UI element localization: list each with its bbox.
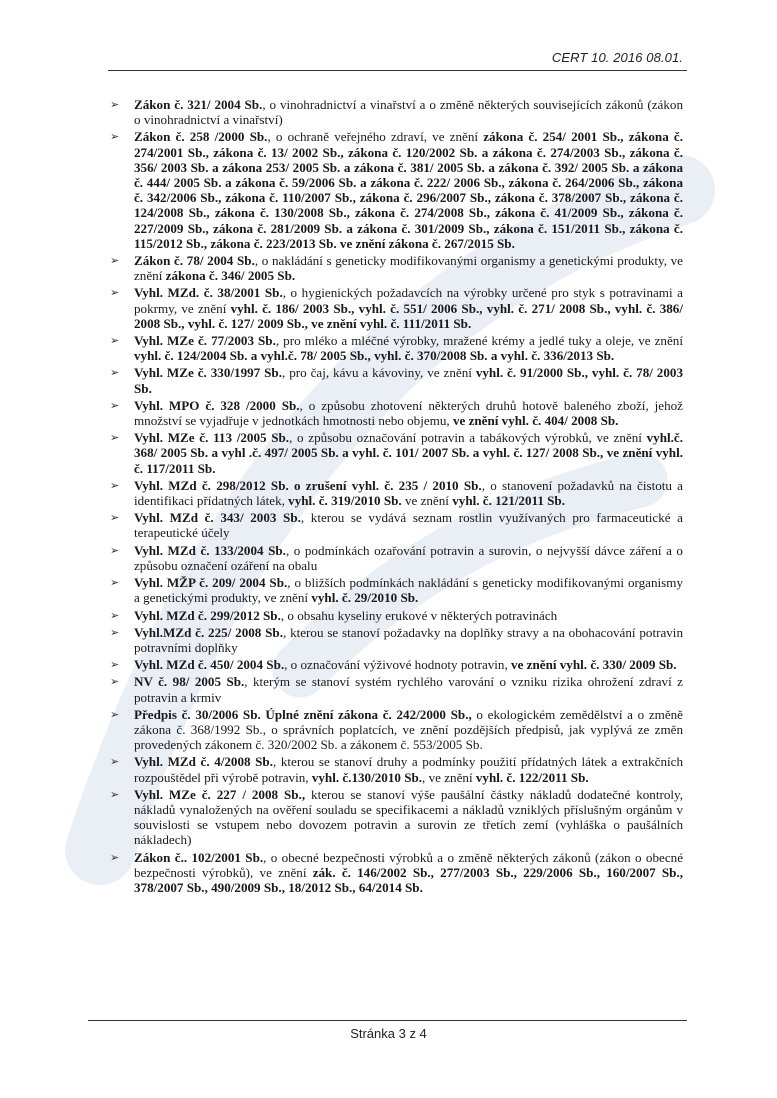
- description-text: , ve znění: [422, 770, 476, 785]
- footer-divider: [88, 1020, 687, 1021]
- list-item: ➢Vyhl. MZe č. 77/2003 Sb., pro mléko a m…: [110, 333, 683, 363]
- arrow-bullet-icon: ➢: [110, 787, 119, 802]
- arrow-bullet-icon: ➢: [110, 707, 119, 722]
- bold-reference-text: zákona č. 254/ 2001 Sb., zákona č. 274/2…: [134, 129, 683, 250]
- arrow-bullet-icon: ➢: [110, 674, 119, 689]
- bold-reference-text: Vyhl. MZe č. 227 / 2008 Sb.,: [134, 787, 305, 802]
- description-text: ve znění: [402, 493, 453, 508]
- bold-reference-text: vyhl. č. 122/2011 Sb.: [476, 770, 589, 785]
- bold-reference-text: Vyhl. MZd č. 343/ 2003 Sb.: [134, 510, 301, 525]
- list-item: ➢Vyhl. MZd. č. 38/2001 Sb., o hygienický…: [110, 285, 683, 331]
- list-item: ➢Vyhl. MZe č. 113 /2005 Sb., o způsobu o…: [110, 430, 683, 476]
- list-item: ➢Vyhl.MZd č. 225/ 2008 Sb., kterou se st…: [110, 625, 683, 655]
- arrow-bullet-icon: ➢: [110, 285, 119, 300]
- list-item: ➢Vyhl. MŽP č. 209/ 2004 Sb., o bližších …: [110, 575, 683, 605]
- bold-reference-text: Vyhl. MZd č. 450/ 2004 Sb.: [134, 657, 284, 672]
- list-item: ➢Zákon č. 321/ 2004 Sb., o vinohradnictv…: [110, 97, 683, 127]
- list-item: ➢Zákon č. 258 /2000 Sb., o ochraně veřej…: [110, 129, 683, 251]
- list-item: ➢Vyhl. MZd č. 298/2012 Sb. o zrušení vyh…: [110, 478, 683, 508]
- bold-reference-text: Vyhl. MZe č. 77/2003 Sb.: [134, 333, 276, 348]
- arrow-bullet-icon: ➢: [110, 430, 119, 445]
- bold-reference-text: ve znění vyhl. č. 330/ 2009 Sb.: [511, 657, 677, 672]
- arrow-bullet-icon: ➢: [110, 754, 119, 769]
- bold-reference-text: vyhl. č.130/2010 Sb.: [312, 770, 422, 785]
- bold-reference-text: Vyhl.MZd č. 225/ 2008 Sb.: [134, 625, 283, 640]
- list-item: ➢Vyhl. MZd č. 4/2008 Sb., kterou se stan…: [110, 754, 683, 784]
- arrow-bullet-icon: ➢: [110, 478, 119, 493]
- arrow-bullet-icon: ➢: [110, 575, 119, 590]
- bold-reference-text: NV č. 98/ 2005 Sb.: [134, 674, 244, 689]
- bold-reference-text: vyhl. č. 319/2010 Sb.: [288, 493, 402, 508]
- bold-reference-text: Předpis č. 30/2006 Sb. Úplné znění zákon…: [134, 707, 472, 722]
- bold-reference-text: Vyhl. MZd. č. 38/2001 Sb.: [134, 285, 283, 300]
- description-text: , pro mléko a mléčné výrobky, mražené kr…: [276, 333, 683, 348]
- description-text: , o obsahu kyseliny erukové v některých …: [281, 608, 557, 623]
- bold-reference-text: Vyhl. MZd č. 299/2012 Sb.: [134, 608, 281, 623]
- bold-reference-text: Vyhl. MZe č. 330/1997 Sb.: [134, 365, 282, 380]
- bold-reference-text: Vyhl. MZd č. 133/2004 Sb.: [134, 543, 286, 558]
- bold-reference-text: Vyhl. MŽP č. 209/ 2004 Sb.: [134, 575, 287, 590]
- list-item: ➢Zákon č.. 102/2001 Sb., o obecné bezpeč…: [110, 850, 683, 896]
- bold-reference-text: vyhl. č. 29/2010 Sb.: [311, 590, 418, 605]
- arrow-bullet-icon: ➢: [110, 657, 119, 672]
- list-item: ➢Vyhl. MZd č. 450/ 2004 Sb., o označován…: [110, 657, 683, 672]
- list-item: ➢Zákon č. 78/ 2004 Sb., o nakládání s ge…: [110, 253, 683, 283]
- document-code: CERT 10. 2016 08.01.: [552, 50, 683, 65]
- legislation-list: ➢Zákon č. 321/ 2004 Sb., o vinohradnictv…: [110, 97, 683, 897]
- list-item: ➢Vyhl. MPO č. 328 /2000 Sb., o způsobu z…: [110, 398, 683, 428]
- bold-reference-text: ve znění vyhl. č. 404/ 2008 Sb.: [453, 413, 619, 428]
- bold-reference-text: Vyhl. MZd č. 4/2008 Sb.: [134, 754, 273, 769]
- bold-reference-text: Zákon č. 258 /2000 Sb.: [134, 129, 267, 144]
- list-item: ➢Vyhl. MZd č. 133/2004 Sb., o podmínkách…: [110, 543, 683, 573]
- arrow-bullet-icon: ➢: [110, 253, 119, 268]
- bold-reference-text: Zákon č.. 102/2001 Sb.: [134, 850, 263, 865]
- arrow-bullet-icon: ➢: [110, 398, 119, 413]
- arrow-bullet-icon: ➢: [110, 365, 119, 380]
- list-item: ➢Předpis č. 30/2006 Sb. Úplné znění záko…: [110, 707, 683, 753]
- document-page: CERT 10. 2016 08.01. ➢Zákon č. 321/ 2004…: [0, 0, 777, 1098]
- bold-reference-text: vyhl. č. 121/2011 Sb.: [452, 493, 565, 508]
- bold-reference-text: vyhl. č. 124/2004 Sb. a vyhl.č. 78/ 2005…: [134, 348, 614, 363]
- arrow-bullet-icon: ➢: [110, 97, 119, 112]
- bold-reference-text: Vyhl. MZe č. 113 /2005 Sb.: [134, 430, 289, 445]
- header-divider: [108, 70, 687, 71]
- arrow-bullet-icon: ➢: [110, 850, 119, 865]
- arrow-bullet-icon: ➢: [110, 510, 119, 525]
- bold-reference-text: zákona č. 346/ 2005 Sb.: [166, 268, 296, 283]
- arrow-bullet-icon: ➢: [110, 333, 119, 348]
- description-text: , pro čaj, kávu a kávoviny, ve znění: [282, 365, 476, 380]
- description-text: , o ochraně veřejného zdraví, ve znění: [267, 129, 483, 144]
- list-item: ➢Vyhl. MZe č. 330/1997 Sb., pro čaj, káv…: [110, 365, 683, 395]
- arrow-bullet-icon: ➢: [110, 608, 119, 623]
- bold-reference-text: Zákon č. 78/ 2004 Sb.: [134, 253, 255, 268]
- list-item: ➢Vyhl. MZd č. 343/ 2003 Sb., kterou se v…: [110, 510, 683, 540]
- description-text: , o označování výživové hodnoty potravin…: [284, 657, 511, 672]
- description-text: , o způsobu označování potravin a tabáko…: [289, 430, 647, 445]
- bold-reference-text: Vyhl. MPO č. 328 /2000 Sb.: [134, 398, 300, 413]
- bold-reference-text: Vyhl. MZd č. 298/2012 Sb. o zrušení vyhl…: [134, 478, 482, 493]
- list-item: ➢Vyhl. MZe č. 227 / 2008 Sb., kterou se …: [110, 787, 683, 848]
- arrow-bullet-icon: ➢: [110, 543, 119, 558]
- page-number: Stránka 3 z 4: [0, 1026, 777, 1041]
- list-item: ➢Vyhl. MZd č. 299/2012 Sb., o obsahu kys…: [110, 608, 683, 623]
- list-item: ➢NV č. 98/ 2005 Sb., kterým se stanoví s…: [110, 674, 683, 704]
- arrow-bullet-icon: ➢: [110, 129, 119, 144]
- bold-reference-text: Zákon č. 321/ 2004 Sb.: [134, 97, 262, 112]
- arrow-bullet-icon: ➢: [110, 625, 119, 640]
